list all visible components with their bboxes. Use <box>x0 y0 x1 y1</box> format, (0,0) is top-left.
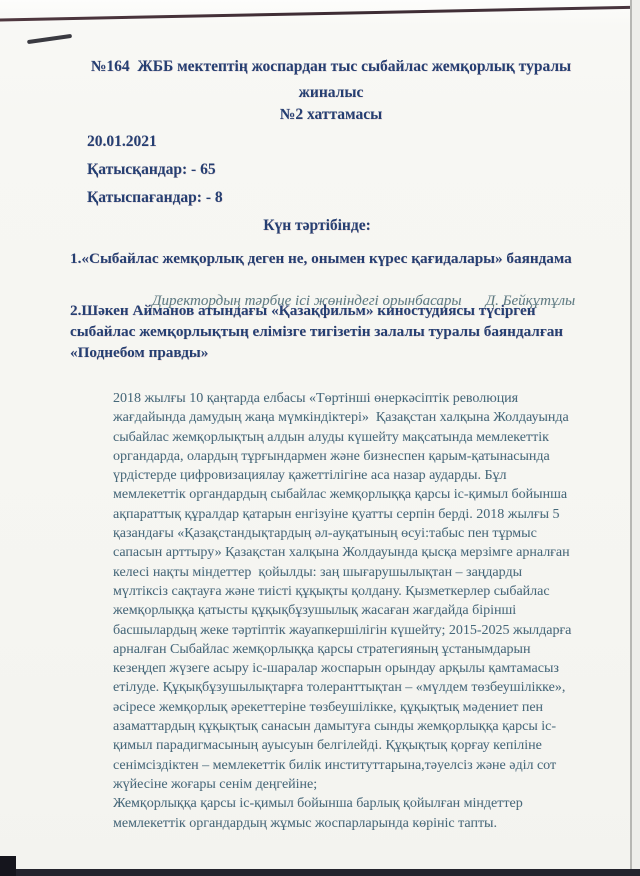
body-line: етілуде. Құқықбұзушылықтарға толеранттық… <box>113 678 571 697</box>
body-line: жемқорлыққа қатысты құқықбұзушылық жасағ… <box>113 601 571 620</box>
scan-right-shade <box>631 0 640 876</box>
absentees-count: Қатыспағандар: - 8 <box>87 189 223 207</box>
body-line: арналған Сыбайлас жемқорлыққа қарсы стра… <box>113 640 571 659</box>
agenda-item-2-line: сыбайлас жемқорлықтың елімізге тигізетін… <box>70 321 563 342</box>
body-line: келесі нақты міндеттер қойылды: заң шыға… <box>113 563 571 582</box>
attendees-count: Қатысқандар: - 65 <box>87 161 216 179</box>
agenda-item-1: 1.«Сыбайлас жемқорлық деген не, онымен к… <box>70 250 572 268</box>
document-title-line: жиналыс <box>11 80 640 106</box>
protocol-number: №2 хаттамасы <box>11 106 640 124</box>
body-line: мүлтіксіз сақтауға және тиісті құқықты қ… <box>113 582 571 601</box>
document-title: №164 ЖББ мектептің жоспардан тыс сыбайла… <box>11 54 640 106</box>
body-line: мемлекеттік органдардың сыбайлас жемқорл… <box>113 485 571 504</box>
scan-bottom-edge-band <box>0 869 640 876</box>
body-line: сенімсіздіктен – мемлекеттік билік инсти… <box>113 756 571 775</box>
body-line: үрдістерде цифровизациялау қажеттілігіне… <box>113 466 571 485</box>
body-line: азаматтардың құқықтық санасын дамытуға с… <box>113 717 571 736</box>
body-line: мемлекеттік органдардың жұмыс жоспарлары… <box>113 814 571 833</box>
body-line: сапасын арттыру» Қазақстан халқына Жолда… <box>113 543 571 562</box>
document-title-line: №164 ЖББ мектептің жоспардан тыс сыбайла… <box>11 54 640 80</box>
agenda-item-2-line: 2.Шәкен Айманов атындағы «Қазақфильм» ки… <box>70 300 563 321</box>
pen-mark <box>27 34 72 44</box>
body-line: қазандағы «Қазақстандықтардың әл-ауқатын… <box>113 524 571 543</box>
scan-bottom-left-mark <box>0 856 16 876</box>
body-line: 2018 жылғы 10 қаңтарда елбасы «Төртінші … <box>113 389 571 408</box>
body-line: Жемқорлыққа қарсы іс-қимыл бойынша барлы… <box>113 794 571 813</box>
scan-right-edge-line <box>630 0 632 876</box>
body-line: қимыл парадигмасының ауысуын белгілейді.… <box>113 736 571 755</box>
body-line: сыбайлас жемқорлықтың алдын алуды күшейт… <box>113 428 571 447</box>
agenda-item-2-line: «Поднебом правды» <box>70 342 563 363</box>
body-line: кезеңдеп жүзеге асыру іс-шаралар жоспары… <box>113 659 571 678</box>
body-line: басшылардың жеке тәртіптік жауапкершіліг… <box>113 621 571 640</box>
agenda-item-2: 2.Шәкен Айманов атындағы «Қазақфильм» ки… <box>70 300 563 363</box>
scanned-document-page: №164 ЖББ мектептің жоспардан тыс сыбайла… <box>0 0 640 876</box>
body-line: органдарда, олардың тұрғындармен және би… <box>113 447 571 466</box>
body-paragraph: 2018 жылғы 10 қаңтарда елбасы «Төртінші … <box>113 389 571 833</box>
body-line: жағдайында дамудың жаңа мүмкіндіктері» Қ… <box>113 408 571 427</box>
scan-top-edge-line <box>0 5 640 21</box>
body-line: ақпараттық құралдар қатарын енгізуіне қу… <box>113 505 571 524</box>
meeting-date: 20.01.2021 <box>87 133 157 151</box>
agenda-heading: Күн тәртібінде: <box>0 217 634 235</box>
body-line: жүйесіне жоғары сенім деңгейіне; <box>113 775 571 794</box>
body-line: әсіресе жемқорлық әрекеттеріне төзбеушіл… <box>113 698 571 717</box>
